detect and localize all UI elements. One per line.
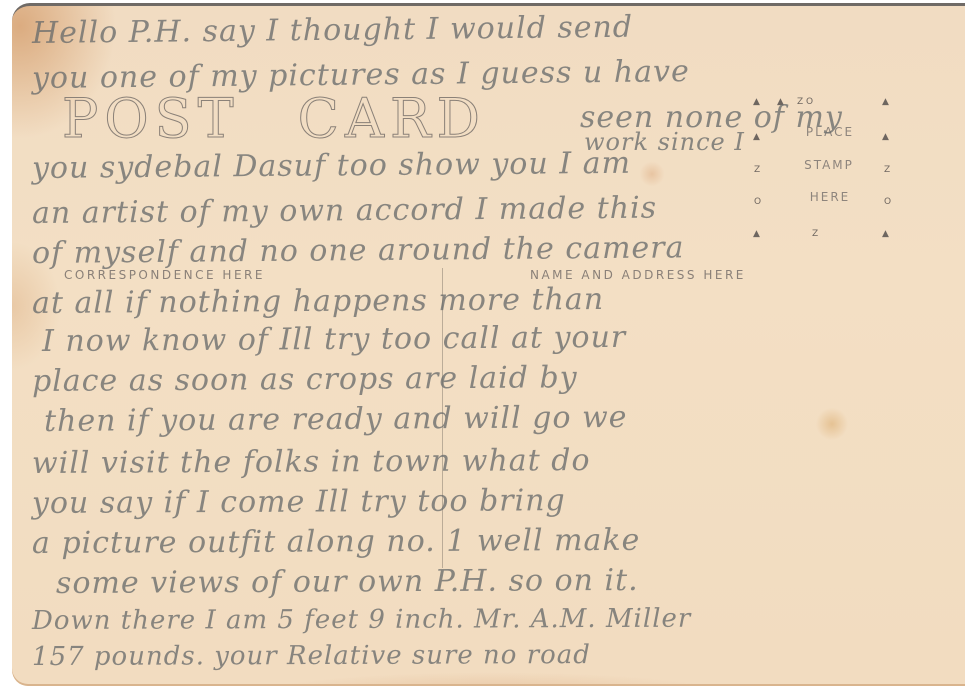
stamp-triangle-mark: ▲ [882,98,889,107]
heading-card: CARD [298,87,486,150]
handwriting-line: some views of our own P.H. so on it. [56,563,639,601]
stamp-side-letter: O [754,198,761,207]
stamp-side-letter: Z [812,230,818,239]
stamp-triangle-mark: ▲ [882,230,889,239]
handwriting-line: you sydebal Dasuf too show you I am [32,146,631,186]
handwriting-line: Hello P.H. say I thought I would send [32,10,633,51]
stamp-triangle-mark: ▲ [753,230,760,239]
post-card-heading: POSTCARD [62,92,486,146]
handwriting-line: you say if I come Ill try too bring [32,483,566,521]
postcard-back: POSTCARD ▲ ▲ Z O ▲ ▲ PLACE ▲ Z STAMP Z O… [12,3,965,686]
handwriting-line: I now know of Ill try too call at your [42,320,626,359]
handwriting-line: Down there I am 5 feet 9 inch. Mr. A.M. … [32,604,691,636]
handwriting-line: of myself and no one around the camera [32,230,685,271]
handwriting-line: 157 pounds. your Relative sure no road [32,640,591,672]
handwriting-line: at all if nothing happens more than [32,282,604,321]
handwriting-line: place as soon as crops are laid by [32,360,578,399]
stamp-stamp-label: STAMP [774,159,884,171]
handwriting-line: will visit the folks in town what do [32,443,591,481]
handwriting-line: you one of my pictures as I guess u have [32,54,690,96]
handwriting-line: then if you are ready and will go we [44,400,628,439]
stamp-triangle-mark: ▲ [882,133,889,142]
stamp-side-letter: Z [884,166,890,175]
stamp-side-letter: Z [754,166,760,175]
scanned-image: POSTCARD ▲ ▲ Z O ▲ ▲ PLACE ▲ Z STAMP Z O… [0,0,965,689]
heading-post: POST [62,87,240,150]
stamp-side-letter: O [884,198,891,207]
address-label: NAME AND ADDRESS HERE [530,268,746,282]
stamp-here-label: HERE [780,191,880,203]
handwriting-line: an artist of my own accord I made this [32,191,657,231]
handwriting-line: a picture outfit along no. 1 well make [32,523,641,561]
